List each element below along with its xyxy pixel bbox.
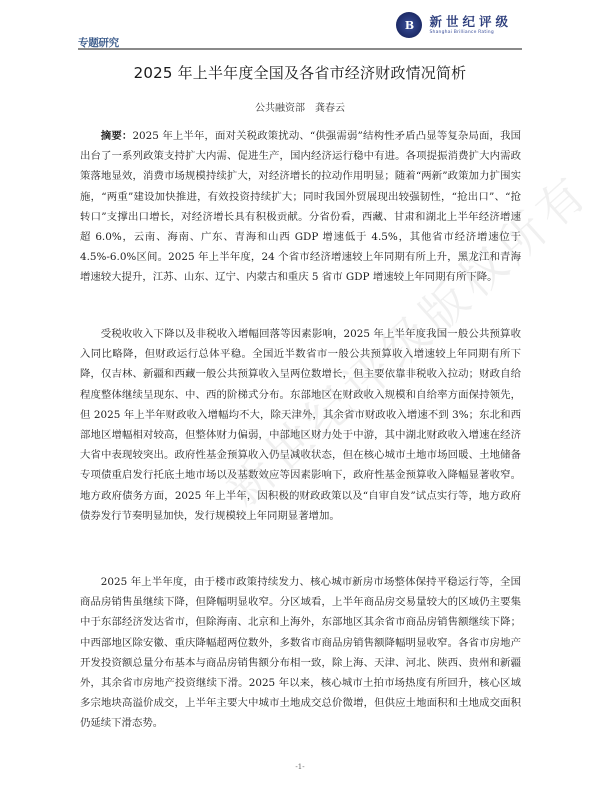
- logo-emblem-icon: B: [396, 12, 422, 38]
- body-paragraph: 受税收收入下降以及非税收入增幅回落等因素影响，2025 年上半年度我国一般公共预…: [80, 324, 521, 526]
- abstract-paragraph: 摘要：2025 年上半年，面对关税政策扰动、“供强需弱”结构性矛盾凸显等复杂局面…: [80, 126, 521, 288]
- logo-name-cn: 新世纪评级: [429, 14, 512, 29]
- header-divider: [78, 48, 522, 50]
- fiscal-section: 受税收收入下降以及非税收入增幅回落等因素影响，2025 年上半年度我国一般公共预…: [80, 324, 521, 526]
- page-number: -1-: [0, 763, 600, 771]
- logo-text: 新世纪评级 Shanghai Brilliance Rating: [429, 14, 512, 36]
- abstract-text: 2025 年上半年，面对关税政策扰动、“供强需弱”结构性矛盾凸显等复杂局面，我国…: [80, 130, 521, 283]
- body-paragraph: 2025 年上半年度，由于楼市政策持续发力、核心城市新房市场整体保持平稳运行等，…: [80, 572, 521, 734]
- document-author: 公共融资部 龚春云: [0, 99, 600, 114]
- page-header: 专题研究 B 新世纪评级 Shanghai Brilliance Rating: [78, 0, 522, 49]
- property-section: 2025 年上半年度，由于楼市政策持续发力、核心城市新房市场整体保持平稳运行等，…: [80, 572, 521, 734]
- brand-logo: B 新世纪评级 Shanghai Brilliance Rating: [396, 12, 512, 38]
- abstract-section: 摘要：2025 年上半年，面对关税政策扰动、“供强需弱”结构性矛盾凸显等复杂局面…: [80, 126, 521, 288]
- document-title: 2025 年上半年度全国及各省市经济财政情况简析: [0, 62, 600, 83]
- logo-name-en: Shanghai Brilliance Rating: [429, 29, 512, 36]
- abstract-label: 摘要：: [101, 130, 133, 142]
